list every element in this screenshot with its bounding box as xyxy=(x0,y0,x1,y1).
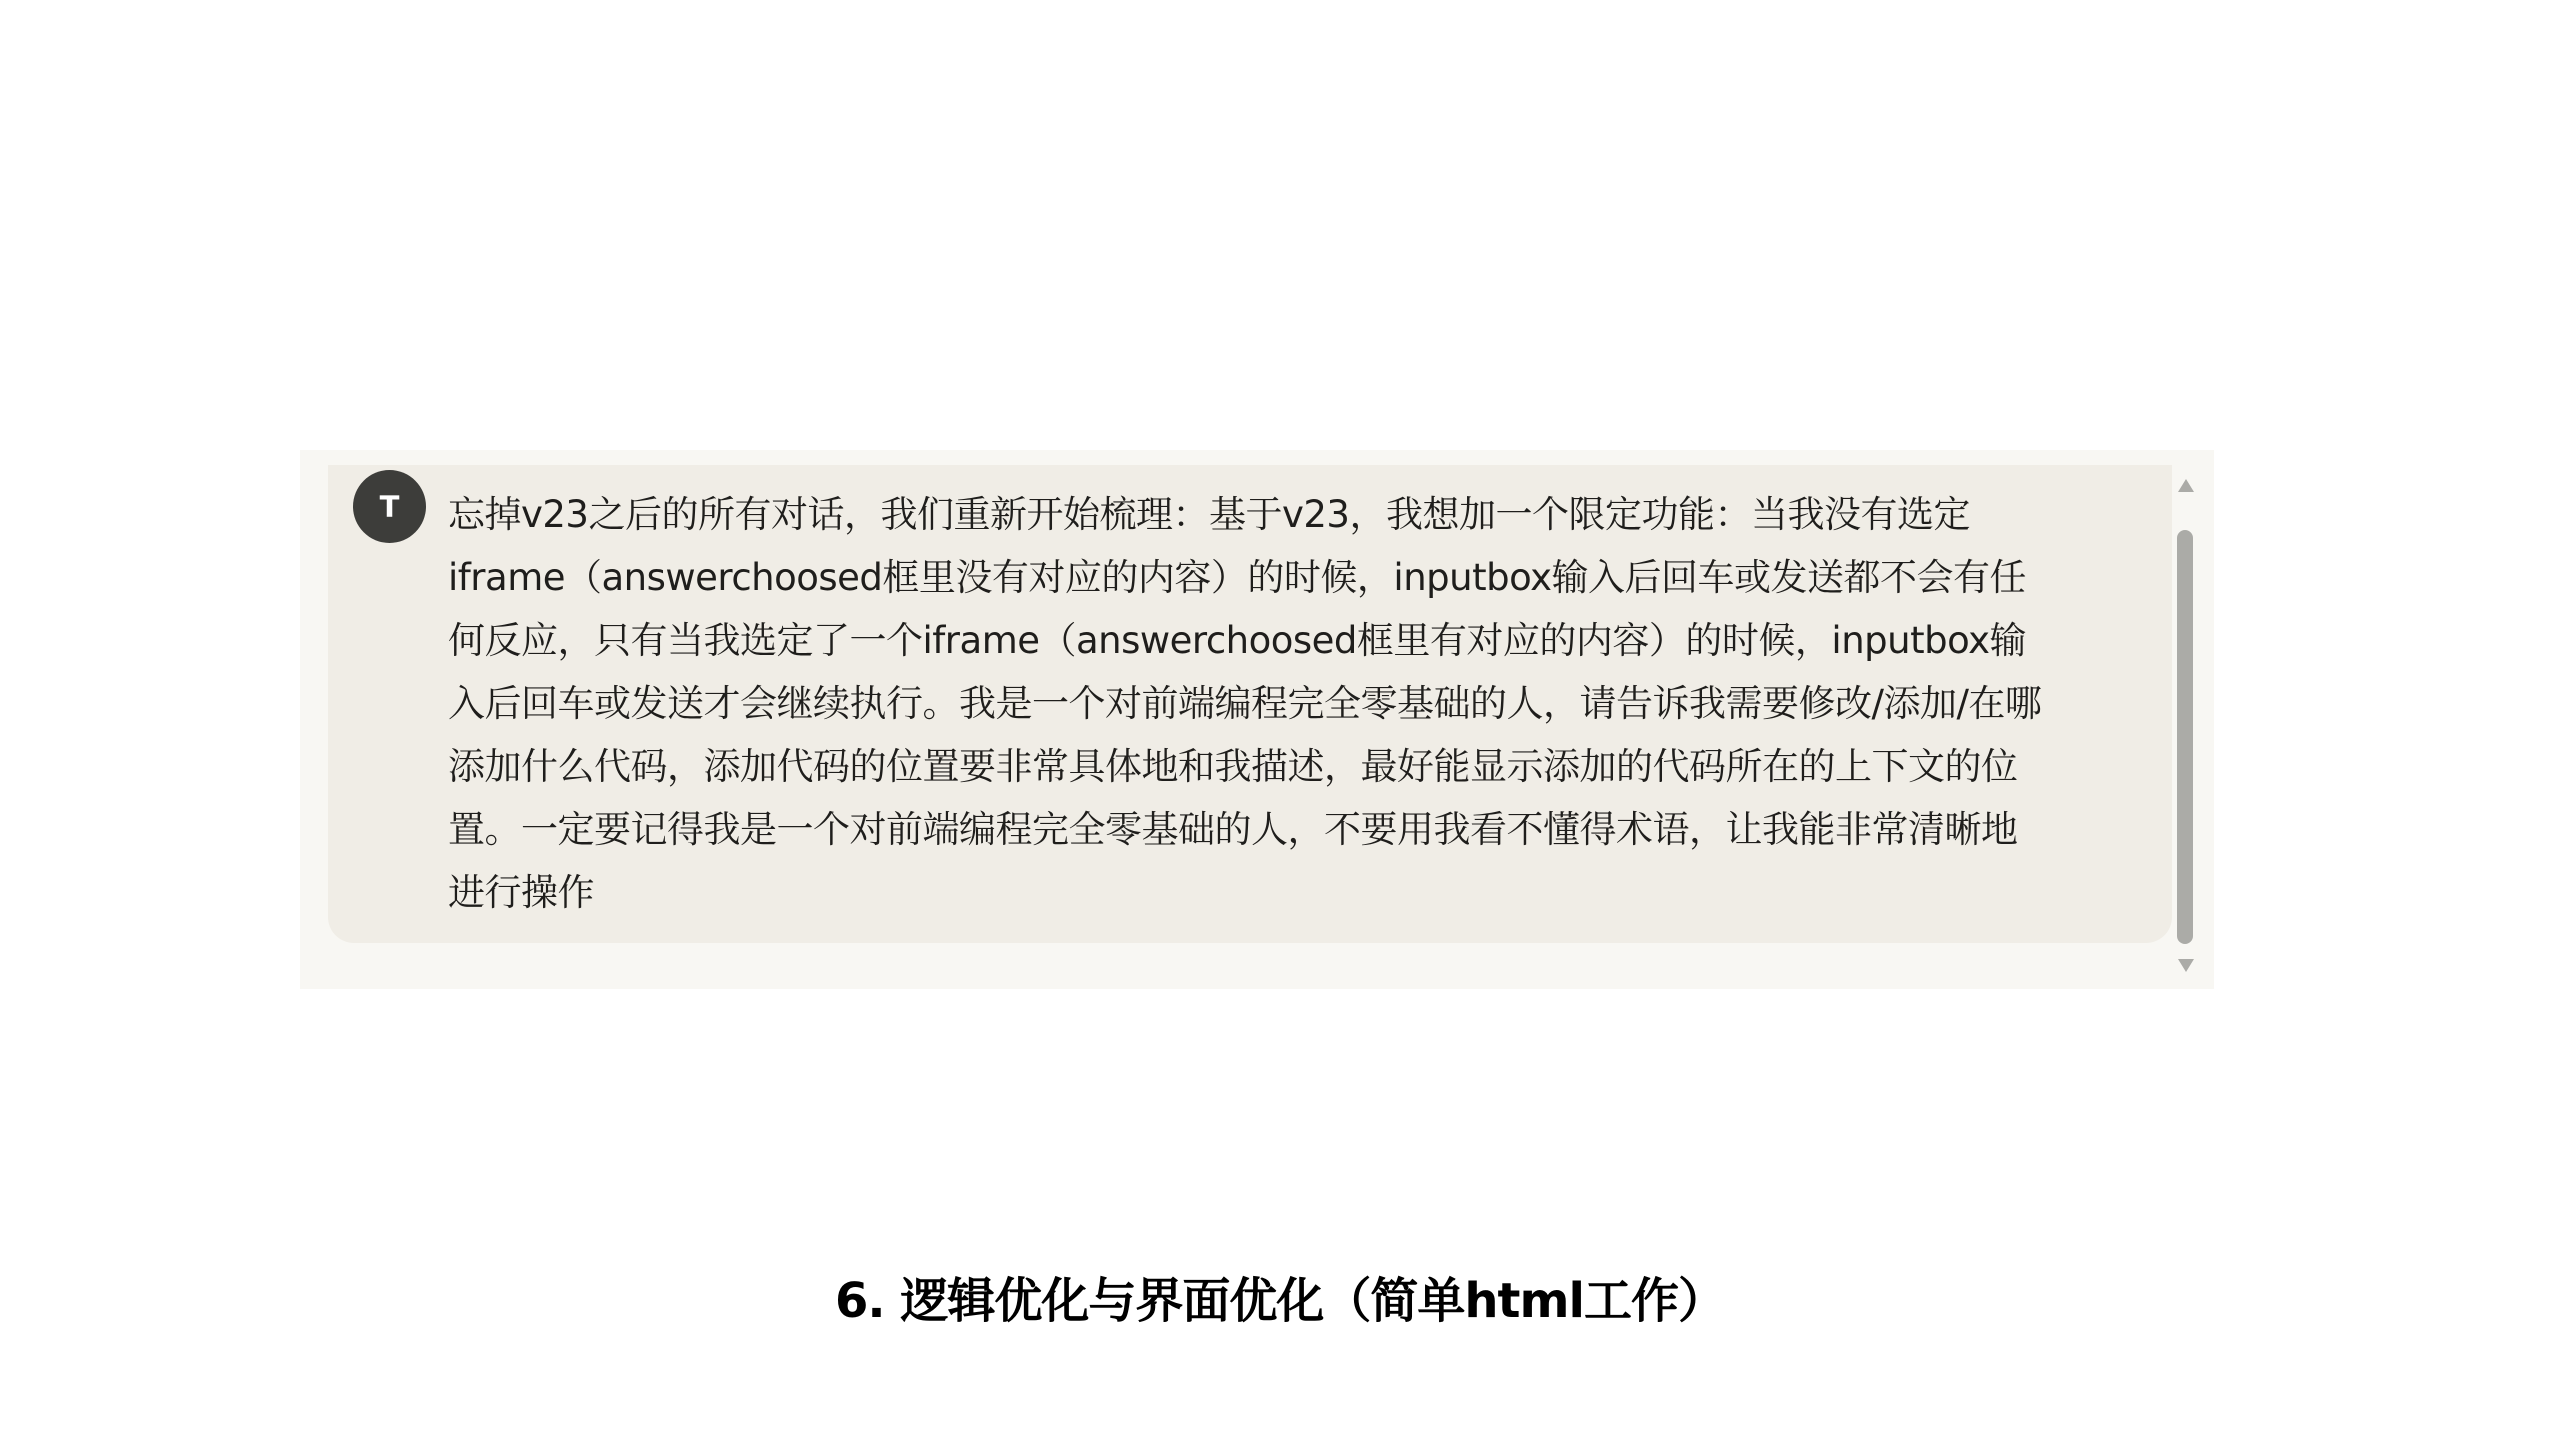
message-line: iframe（answerchoosed框里没有对应的内容）的时候，inputb… xyxy=(448,546,2168,609)
message-line: 添加什么代码，添加代码的位置要非常具体地和我描述，最好能显示添加的代码所在的上下… xyxy=(448,735,2168,798)
message-text: 忘掉v23之后的所有对话，我们重新开始梳理：基于v23，我想加一个限定功能：当我… xyxy=(448,483,2168,924)
message-line: 忘掉v23之后的所有对话，我们重新开始梳理：基于v23，我想加一个限定功能：当我… xyxy=(448,483,2168,546)
slide-caption: 6. 逻辑优化与界面优化（简单html工作） xyxy=(0,1262,2560,1331)
avatar-initial: T xyxy=(380,490,400,524)
message-line: 入后回车或发送才会继续执行。我是一个对前端编程完全零基础的人，请告诉我需要修改/… xyxy=(448,672,2168,735)
user-avatar: T xyxy=(353,470,426,543)
user-message-bubble: T 忘掉v23之后的所有对话，我们重新开始梳理：基于v23，我想加一个限定功能：… xyxy=(328,465,2172,943)
vertical-scrollbar[interactable] xyxy=(2175,450,2199,989)
message-line: 何反应，只有当我选定了一个iframe（answerchoosed框里有对应的内… xyxy=(448,609,2168,672)
message-line: 进行操作 xyxy=(448,861,2168,924)
scroll-up-arrow-icon[interactable] xyxy=(2178,479,2194,492)
scrollbar-thumb[interactable] xyxy=(2177,530,2193,944)
message-line: 置。一定要记得我是一个对前端编程完全零基础的人，不要用我看不懂得术语，让我能非常… xyxy=(448,798,2168,861)
chat-panel: T 忘掉v23之后的所有对话，我们重新开始梳理：基于v23，我想加一个限定功能：… xyxy=(300,450,2214,989)
scroll-down-arrow-icon[interactable] xyxy=(2178,959,2194,972)
